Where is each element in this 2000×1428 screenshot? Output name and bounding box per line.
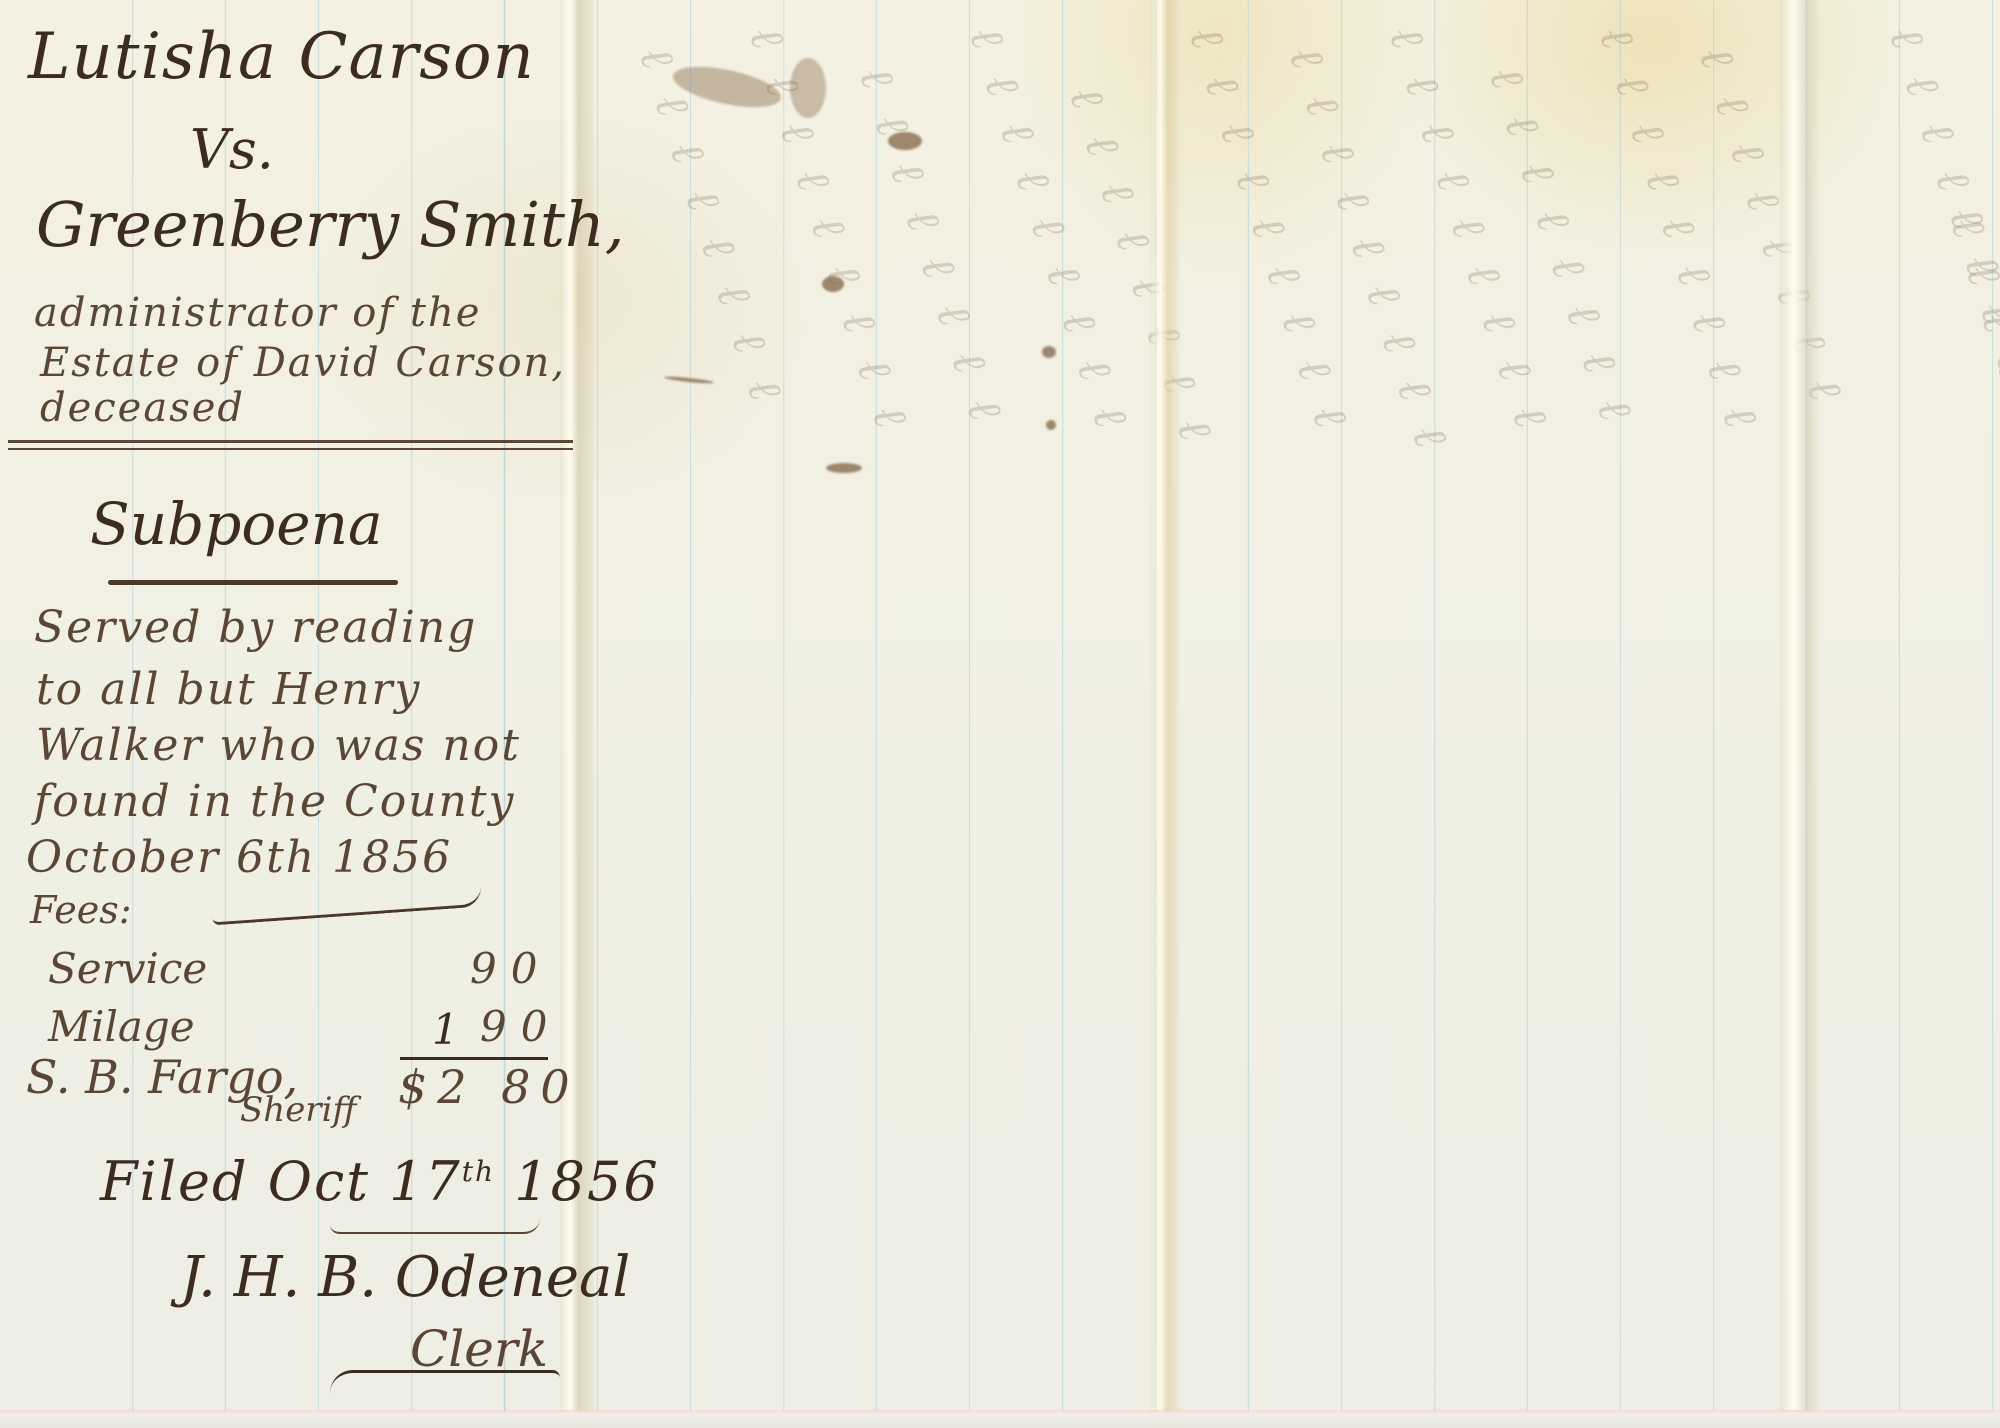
return-line: found in the County xyxy=(34,776,515,827)
defendant-name: Greenberry Smith, xyxy=(36,188,625,261)
ink-stain xyxy=(1046,420,1056,430)
filed-ordinal: th xyxy=(462,1155,495,1188)
fold-line xyxy=(1150,0,1180,1428)
fee-milage-label: Milage xyxy=(48,1002,195,1051)
return-date: October 6th 1856 xyxy=(26,832,452,883)
fold-line xyxy=(1780,0,1820,1428)
fee-milage-dollars: 1 xyxy=(432,1005,473,1054)
divider-rule xyxy=(8,440,573,443)
fee-total: $2 80 xyxy=(398,1060,580,1114)
fee-milage-amount: 90 xyxy=(480,1002,561,1051)
fee-service-amount: 90 xyxy=(470,944,551,993)
flourish xyxy=(212,886,483,926)
return-line: Walker who was not xyxy=(36,720,521,771)
document-title: Subpoena xyxy=(90,490,383,558)
return-line: Served by reading xyxy=(34,602,477,653)
plaintiff-name: Lutisha Carson xyxy=(28,20,535,94)
divider-rule xyxy=(8,448,573,450)
ink-stain xyxy=(822,276,844,292)
endorsement-panel: Lutisha Carson Vs. Greenberry Smith, adm… xyxy=(0,0,575,1428)
fees-label: Fees: xyxy=(30,888,132,932)
filed-text: Filed Oct 17 xyxy=(100,1150,462,1213)
ink-stain xyxy=(888,132,922,150)
document-sheet: ℓ ℓ ℓ ℓ ℓ ℓ ℓ ℓ ℓ ℓ ℓ ℓ ℓ ℓ ℓ ℓ ℓ ℓ ℓ ℓ … xyxy=(0,0,2000,1428)
versus-label: Vs. xyxy=(190,118,274,181)
ink-stain xyxy=(1042,346,1056,358)
sheriff-title: Sheriff xyxy=(240,1090,357,1130)
defendant-role-line: deceased xyxy=(40,385,245,431)
ink-stain xyxy=(790,58,826,118)
return-line: to all but Henry xyxy=(36,664,421,715)
filed-year: 1856 xyxy=(514,1150,659,1213)
filed-notation: Filed Oct 17th 1856 xyxy=(100,1150,660,1213)
defendant-role-line: administrator of the xyxy=(34,290,481,336)
title-underline xyxy=(108,580,398,585)
flourish xyxy=(330,1370,560,1393)
flourish xyxy=(330,1218,540,1234)
clerk-signature: J. H. B. Odeneal xyxy=(180,1245,630,1310)
ink-stain xyxy=(826,463,862,473)
defendant-role-line: Estate of David Carson, xyxy=(40,340,566,386)
fee-service-label: Service xyxy=(48,944,207,993)
